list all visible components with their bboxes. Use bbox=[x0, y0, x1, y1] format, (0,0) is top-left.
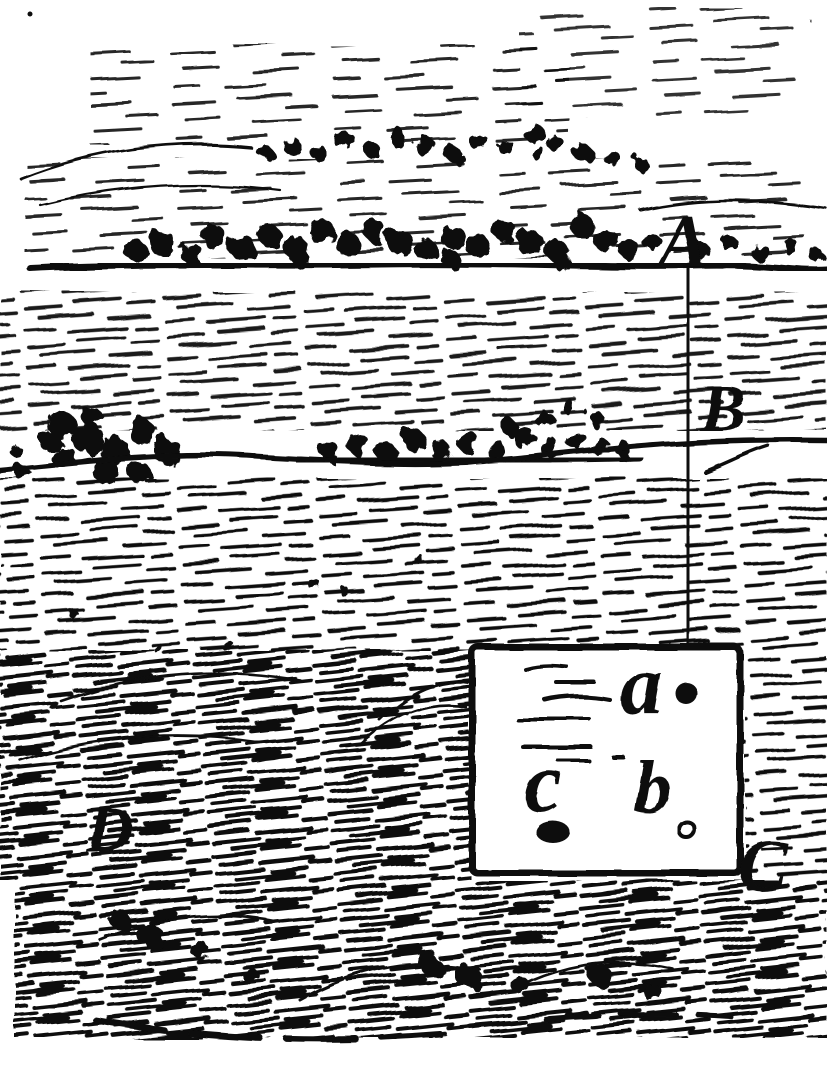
label-c: c bbox=[524, 734, 562, 830]
point-a-marker bbox=[675, 682, 697, 704]
point-b-marker bbox=[679, 822, 695, 838]
label-C: C bbox=[738, 826, 789, 908]
scanned-figure-page: A B C D a b c bbox=[0, 0, 827, 1065]
label-B: B bbox=[699, 370, 745, 446]
field-stroke-texture bbox=[0, 8, 827, 1038]
terrain-sketch-figure: A B C D a b c bbox=[0, 0, 827, 1065]
plane-table-sheet bbox=[472, 647, 740, 873]
ink-speck bbox=[28, 12, 33, 17]
label-D: D bbox=[85, 793, 134, 866]
label-b: b bbox=[634, 746, 672, 830]
label-A: A bbox=[654, 200, 709, 284]
sight-line-A bbox=[687, 270, 689, 648]
label-a: a bbox=[620, 636, 663, 732]
